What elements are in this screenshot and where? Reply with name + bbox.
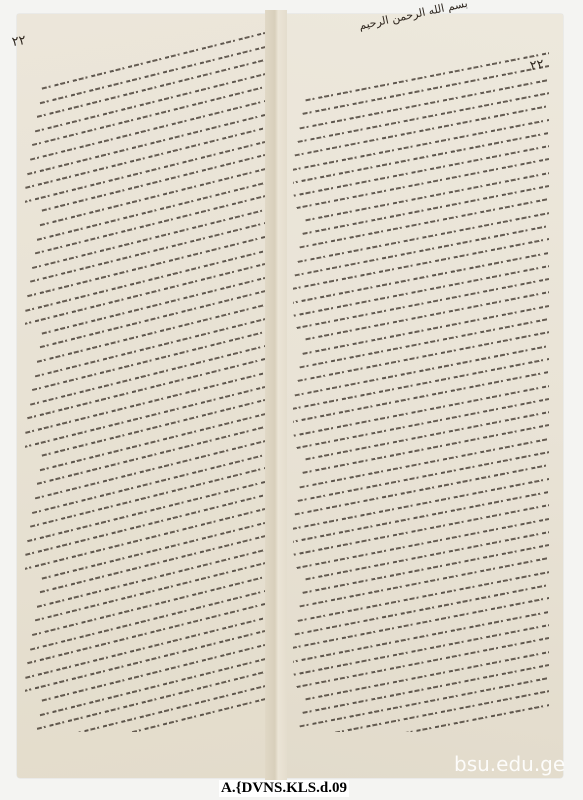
handwritten-text-line — [293, 252, 549, 304]
handwritten-text-line — [297, 331, 549, 382]
manuscript-spread — [17, 14, 563, 778]
handwritten-text-line — [297, 451, 549, 502]
handwritten-text-line — [300, 198, 549, 248]
handwritten-text-line — [305, 411, 549, 460]
handwritten-text-line — [294, 225, 549, 276]
right-page-text — [293, 52, 549, 732]
handwritten-text-line — [302, 305, 549, 355]
left-folio-number: ٢٢ — [11, 33, 27, 50]
handwritten-text-line — [293, 132, 549, 184]
handwritten-text-line — [293, 371, 549, 423]
left-page — [17, 14, 271, 778]
handwritten-text-line — [302, 544, 549, 594]
handwritten-text-line — [293, 158, 549, 211]
handwritten-text-line — [305, 291, 549, 340]
handwritten-text-line — [305, 52, 549, 101]
handwritten-text-line — [305, 531, 549, 580]
handwritten-text-line — [297, 212, 549, 263]
handwritten-text-line — [302, 185, 549, 235]
handwritten-text-line — [293, 518, 549, 571]
handwritten-text-line — [293, 504, 549, 557]
handwritten-text-line — [294, 584, 549, 635]
handwritten-text-line — [293, 597, 549, 649]
handwritten-text-line — [293, 478, 549, 530]
handwritten-text-line — [305, 172, 549, 221]
handwritten-text-line — [403, 704, 549, 732]
left-page-text — [25, 32, 265, 732]
handwritten-text-line — [293, 385, 549, 438]
handwritten-text-line — [300, 557, 549, 607]
handwritten-text-line — [302, 424, 549, 474]
archive-reference-code: A.{DVNS.KLS.d.09 — [219, 780, 349, 797]
handwritten-text-line — [293, 624, 549, 677]
handwritten-text-line — [293, 265, 549, 318]
handwritten-text-line — [293, 491, 549, 543]
handwritten-text-line — [294, 105, 549, 156]
handwritten-text-line — [300, 79, 549, 129]
handwritten-text-line — [297, 92, 549, 143]
watermark: bsu.edu.ge — [454, 752, 565, 776]
right-folio-number: ٢٢ — [529, 57, 545, 74]
handwritten-text-line — [300, 318, 549, 368]
handwritten-text-line — [293, 358, 549, 410]
handwritten-text-line — [294, 345, 549, 396]
handwritten-text-line — [300, 677, 549, 727]
handwritten-text-line — [293, 637, 549, 690]
handwritten-text-line — [302, 65, 549, 115]
handwritten-text-line — [297, 571, 549, 622]
handwritten-text-line — [305, 651, 549, 700]
right-page — [275, 14, 563, 778]
handwritten-text-line — [293, 398, 549, 451]
handwritten-text-line — [293, 611, 549, 663]
handwritten-text-line — [293, 278, 549, 331]
book-spine — [265, 10, 287, 782]
handwritten-text-line — [293, 238, 549, 290]
handwritten-text-line — [294, 464, 549, 515]
handwritten-text-line — [302, 664, 549, 714]
handwritten-text-line — [293, 145, 549, 198]
handwritten-text-line — [300, 438, 549, 488]
handwritten-text-line — [293, 119, 549, 171]
